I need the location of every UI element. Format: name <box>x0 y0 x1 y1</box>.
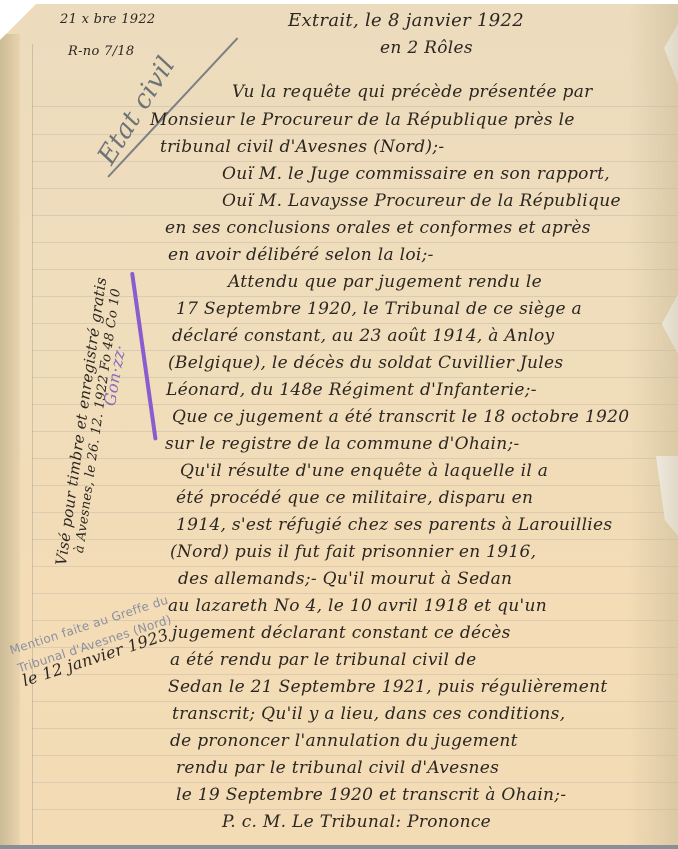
body-line: de prononcer l'annulation du jugement <box>170 731 518 751</box>
body-line: transcrit; Qu'il y a lieu, dans ces cond… <box>172 704 565 724</box>
torn-corner <box>0 4 36 40</box>
ruled-line <box>32 242 678 243</box>
ruled-line <box>32 458 678 459</box>
body-line: Léonard, du 148e Régiment d'Infanterie;- <box>166 380 537 400</box>
ruled-line <box>32 404 678 405</box>
ruled-line <box>32 539 678 540</box>
reference-number: R-no 7/18 <box>68 44 134 59</box>
body-line: tribunal civil d'Avesnes (Nord);- <box>160 137 444 157</box>
ruled-line <box>32 512 678 513</box>
ruled-line <box>32 350 678 351</box>
ruled-line <box>32 701 678 702</box>
body-line: 1914, s'est réfugié chez ses parents à L… <box>176 515 612 535</box>
body-line: été procédé que ce militaire, disparu en <box>176 488 533 508</box>
ruled-line <box>32 566 678 567</box>
margin-rule <box>32 44 33 844</box>
body-line: des allemands;- Qu'il mourut à Sedan <box>178 569 512 589</box>
body-line: Ouï M. Lavaysse Procureur de la Républiq… <box>222 191 621 211</box>
body-line: a été rendu par le tribunal civil de <box>170 650 476 670</box>
body-line: P. c. M. Le Tribunal: Prononce <box>222 812 491 832</box>
ruled-line <box>32 485 678 486</box>
body-line: (Nord) puis il fut fait prisonnier en 19… <box>170 542 536 562</box>
body-line: rendu par le tribunal civil d'Avesnes <box>176 758 499 778</box>
ruled-line <box>32 188 678 189</box>
paper-tear <box>656 456 678 536</box>
ruled-line <box>32 809 678 810</box>
ruled-line <box>32 215 678 216</box>
body-line: Attendu que par jugement rendu le <box>228 272 542 292</box>
body-line: sur le registre de la commune d'Ohain;- <box>165 434 520 454</box>
ruled-line <box>32 755 678 756</box>
body-line: Ouï M. le Juge commissaire en son rappor… <box>222 164 610 184</box>
bottom-edge <box>0 845 678 849</box>
folded-left-edge <box>0 34 20 845</box>
extract-title: Extrait, le 8 janvier 1922 <box>288 10 524 31</box>
body-line: 17 Septembre 1920, le Tribunal de ce siè… <box>176 299 582 319</box>
ruled-line <box>32 431 678 432</box>
ruled-line <box>32 782 678 783</box>
body-line: Sedan le 21 Septembre 1921, puis réguliè… <box>168 677 607 697</box>
ruled-line <box>32 674 678 675</box>
paper-tear <box>664 24 678 84</box>
body-line: Qu'il résulte d'une enquête à laquelle i… <box>180 461 548 481</box>
body-line: déclaré constant, au 23 août 1914, à Anl… <box>172 326 554 346</box>
body-line: au lazareth No 4, le 10 avril 1918 et qu… <box>168 596 547 616</box>
ruled-line <box>32 296 678 297</box>
roles-count: en 2 Rôles <box>380 38 473 58</box>
ruled-line <box>32 377 678 378</box>
body-line: Monsieur le Procureur de la République p… <box>150 110 575 130</box>
ruled-line <box>32 161 678 162</box>
ruled-line <box>32 593 678 594</box>
paper-tear <box>660 294 678 354</box>
body-line: (Belgique), le décès du soldat Cuvillier… <box>168 353 563 373</box>
ruled-line <box>32 269 678 270</box>
document-page: 21 x bre 1922 R-no 7/18 Extrait, le 8 ja… <box>0 4 678 845</box>
ruled-line <box>32 728 678 729</box>
body-line: Que ce jugement a été transcrit le 18 oc… <box>172 407 629 427</box>
ruled-line <box>32 323 678 324</box>
body-line: le 19 Septembre 1920 et transcrit à Ohai… <box>176 785 566 805</box>
body-line: Vu la requête qui précède présentée par <box>232 82 593 102</box>
body-line: en avoir délibéré selon la loi;- <box>168 245 434 265</box>
violet-signature-stroke <box>130 272 158 441</box>
ruled-line <box>32 620 678 621</box>
body-line: en ses conclusions orales et conformes e… <box>165 218 591 238</box>
header-date: 21 x bre 1922 <box>60 12 155 27</box>
body-line: jugement déclarant constant ce décès <box>172 623 511 643</box>
